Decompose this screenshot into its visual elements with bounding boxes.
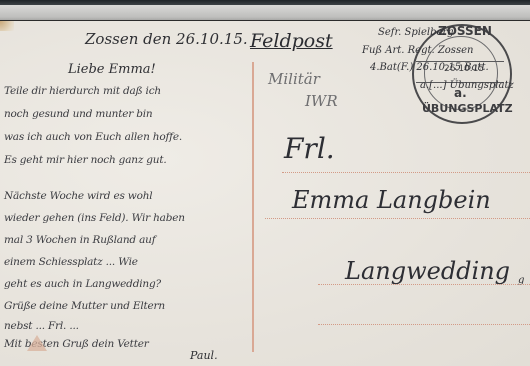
address-line-2 (265, 218, 530, 219)
message-line: geht es auch in Langwedding? (4, 278, 161, 290)
recipient-place: Langwedding (345, 257, 510, 285)
address-line-3 (318, 284, 530, 285)
message-line: Mit besten Gruß dein Vetter (4, 338, 149, 350)
sender-block-line: 4.Bat(F.) 26.10.15 Batt. (370, 62, 489, 73)
postmark-bottom-text: ÜBUNGSPLATZ (422, 102, 513, 115)
sender-block-line: Sefr. Spielberg (378, 27, 454, 38)
message-line: mal 3 Wochen in Rußland auf (4, 234, 155, 246)
sender-block-line: a.[...] Übungsplatz (420, 80, 514, 91)
address-line-4 (318, 324, 530, 325)
feldpost-label: Feldpost (250, 30, 333, 52)
message-line: wieder gehen (ins Feld). Wir haben (4, 212, 185, 224)
message-line: was ich auch von Euch allen hoffe. (4, 131, 182, 143)
greeting: Liebe Emma! (68, 62, 156, 77)
signature: Paul. (190, 349, 218, 362)
message-line: einem Schiessplatz ... Wie (4, 256, 138, 268)
message-line: Nächste Woche wird es wohl (4, 190, 152, 202)
recipient-name: Emma Langbein (292, 186, 491, 214)
date-line: Zossen den 26.10.15. (85, 30, 248, 48)
military-note: Militär (268, 70, 320, 88)
message-line: Teile dir hierdurch mit daß ich (4, 85, 161, 97)
address-line-1 (282, 172, 530, 173)
message-line: nebst ... Frl. ... (4, 320, 79, 332)
postmark: ZOSSEN 26.10.15 a. ÜBUNGSPLATZ (412, 24, 512, 124)
recipient-salutation: Frl. (284, 132, 335, 165)
corner-stain (0, 21, 14, 31)
sender-block-line: Fuß Art. Regt. Zossen (362, 45, 473, 56)
message-line: Grüße deine Mutter und Eltern (4, 300, 165, 312)
vertical-divider (252, 62, 254, 352)
message-line: noch gesund und munter bin (4, 108, 152, 120)
stamp-triangle-mark (27, 335, 47, 351)
message-line: Es geht mir hier noch ganz gut. (4, 154, 167, 166)
military-note-line-2: IWR (305, 92, 338, 110)
